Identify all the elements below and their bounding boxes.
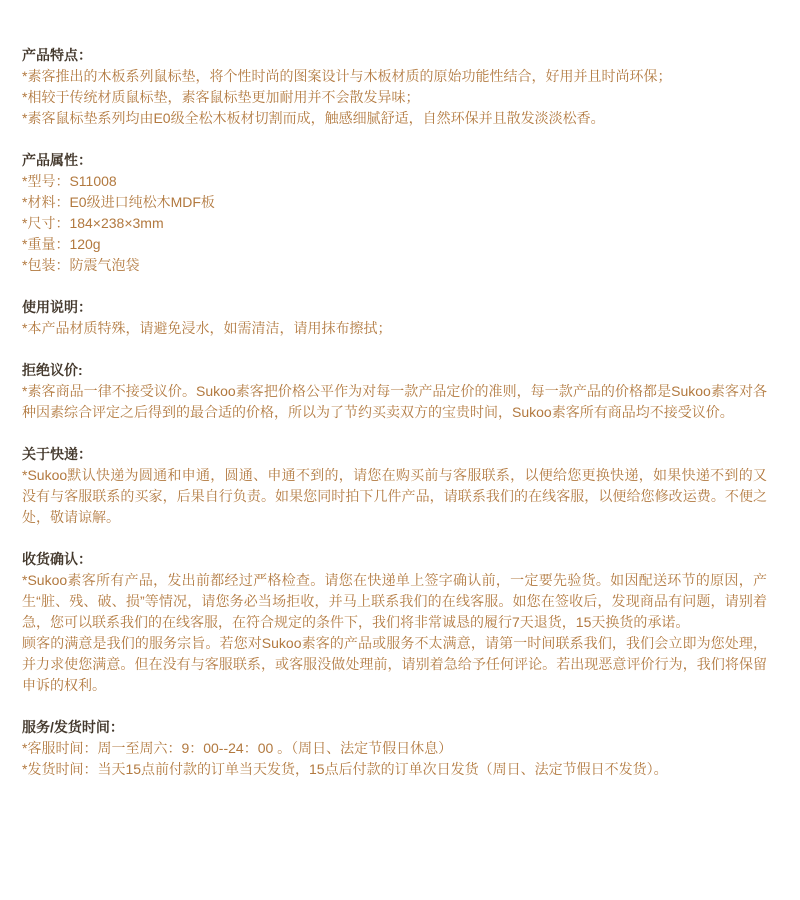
section-heading: 使用说明： [22,297,767,318]
section: 拒绝议价:*素客商品一律不接受议价。Sukoo素客把价格公平作为对每一款产品定价… [22,360,767,423]
section-paragraph: *型号：S11008 [22,171,767,192]
product-description: 产品特点：*素客推出的木板系列鼠标垫，将个性时尚的图案设计与木板材质的原始功能性… [0,0,800,780]
section-paragraph: *相较于传统材质鼠标垫，素客鼠标垫更加耐用并不会散发异味； [22,87,767,108]
section-heading: 服务/发货时间： [22,717,767,738]
section-paragraph: *素客推出的木板系列鼠标垫，将个性时尚的图案设计与木板材质的原始功能性结合，好用… [22,66,767,87]
section-paragraph: *发货时间：当天15点前付款的订单当天发货，15点后付款的订单次日发货（周日、法… [22,759,767,780]
section-heading: 关于快递： [22,444,767,465]
section-paragraph: *尺寸：184×238×3mm [22,213,767,234]
section: 产品属性：*型号：S11008*材料：E0级进口纯松木MDF板*尺寸：184×2… [22,150,767,276]
section-paragraph: *客服时间：周一至周六：9：00--24：00 。（周日、法定节假日休息） [22,738,767,759]
section-paragraph: *重量：120g [22,234,767,255]
section: 关于快递：*Sukoo默认快递为圆通和申通，圆通、申通不到的，请您在购买前与客服… [22,444,767,528]
section: 服务/发货时间：*客服时间：周一至周六：9：00--24：00 。（周日、法定节… [22,717,767,780]
section-paragraph: 顾客的满意是我们的服务宗旨。若您对Sukoo素客的产品或服务不太满意，请第一时间… [22,633,767,696]
section-paragraph: *素客鼠标垫系列均由E0级全松木板材切割而成，触感细腻舒适，自然环保并且散发淡淡… [22,108,767,129]
section: 收货确认：*Sukoo素客所有产品，发出前都经过严格检查。请您在快递单上签字确认… [22,549,767,696]
section-paragraph: *材料：E0级进口纯松木MDF板 [22,192,767,213]
section: 使用说明：*本产品材质特殊，请避免浸水，如需清洁，请用抹布擦拭； [22,297,767,339]
section-paragraph: *本产品材质特殊，请避免浸水，如需清洁，请用抹布擦拭； [22,318,767,339]
sections-container: 产品特点：*素客推出的木板系列鼠标垫，将个性时尚的图案设计与木板材质的原始功能性… [22,45,767,780]
section-paragraph: *Sukoo素客所有产品，发出前都经过严格检查。请您在快递单上签字确认前，一定要… [22,570,767,633]
section-heading: 收货确认： [22,549,767,570]
section: 产品特点：*素客推出的木板系列鼠标垫，将个性时尚的图案设计与木板材质的原始功能性… [22,45,767,129]
section-heading: 产品属性： [22,150,767,171]
section-paragraph: *Sukoo默认快递为圆通和申通，圆通、申通不到的，请您在购买前与客服联系，以便… [22,465,767,528]
section-paragraph: *素客商品一律不接受议价。Sukoo素客把价格公平作为对每一款产品定价的准则，每… [22,381,767,423]
section-heading: 产品特点： [22,45,767,66]
section-heading: 拒绝议价: [22,360,767,381]
section-paragraph: *包装：防震气泡袋 [22,255,767,276]
